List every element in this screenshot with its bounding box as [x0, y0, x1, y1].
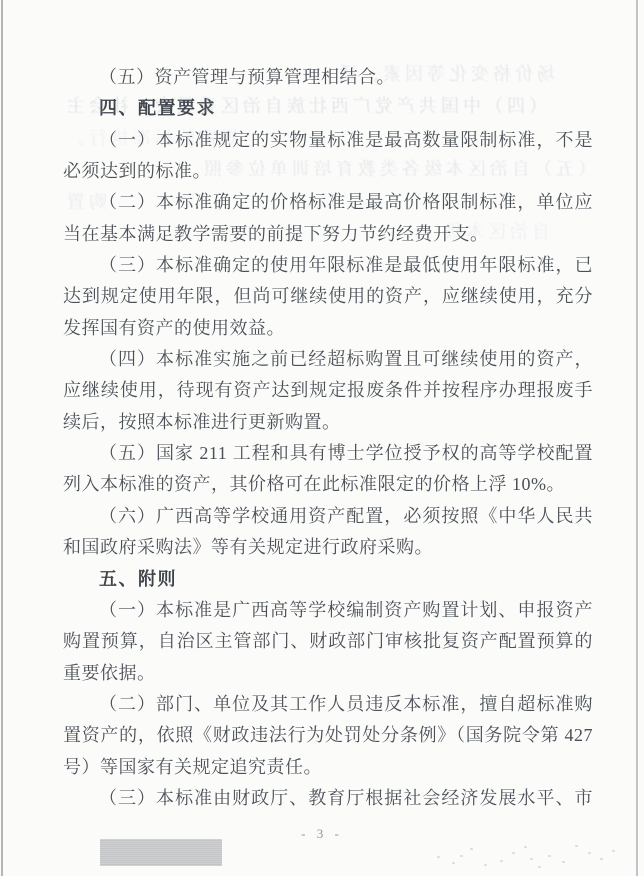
text-line: （四）本标准实施之前已经超标购置且可继续使用的资产， — [63, 344, 593, 375]
text-line: （六）广西高等学校通用资产配置，必须按照《中华人民共 — [63, 501, 593, 532]
scanned-document-page: { "page": { "number_label": "- 3 -", "co… — [0, 0, 644, 876]
text-line: 重要依据。 — [63, 658, 593, 689]
text-line: 达到规定使用年限，但尚可继续使用的资产，应继续使用，充分 — [63, 281, 593, 312]
text-line: 发挥国有资产的使用效益。 — [63, 313, 593, 344]
text-line: （二）本标准确定的价格标准是最高价格限制标准，单位应 — [63, 187, 593, 218]
speckle-dot — [524, 846, 527, 848]
text-line: （三）本标准确定的使用年限标准是最低使用年限标准，已 — [63, 250, 593, 281]
speckle-dot — [484, 864, 487, 866]
speckle-dot — [600, 858, 603, 860]
page-number: - 3 - — [0, 826, 644, 842]
text-line: 列入本标准的资产，其价格可在此标准限定的价格上浮 10%。 — [63, 469, 593, 500]
speckle-dot — [460, 855, 463, 857]
text-line: （三）本标准由财政厅、教育厅根据社会经济发展水平、市 — [63, 783, 593, 814]
speckle-dot — [538, 866, 541, 868]
speckle-dot — [575, 845, 578, 847]
section-heading: 五、附则 — [63, 564, 593, 595]
speckle-dot — [530, 858, 533, 860]
speckle-dot — [500, 860, 503, 862]
section-heading: 四、配置要求 — [63, 93, 593, 124]
text-line: 应继续使用，待现有资产达到规定报废条件并按程序办理报废手 — [63, 375, 593, 406]
speckle-dot — [512, 852, 515, 854]
speckle-dot — [470, 848, 473, 850]
scan-artifact-gray-bar — [100, 839, 222, 866]
speckle-dot — [588, 852, 591, 854]
text-line: 号）等国家有关规定追究责任。 — [63, 752, 593, 783]
text-line: 当在基本满足教学需要的前提下努力节约经费开支。 — [63, 219, 593, 250]
scan-edge-left — [1, 0, 3, 876]
speckle-dot — [452, 862, 455, 864]
text-line: （五）资产管理与预算管理相结合。 — [63, 62, 593, 93]
speckle-dot — [562, 861, 565, 863]
text-line: （一）本标准是广西高等学校编制资产购置计划、申报资产 — [63, 595, 593, 626]
text-line: 和国政府采购法》等有关规定进行政府采购。 — [63, 532, 593, 563]
text-line: 续后，按照本标准进行更新购置。 — [63, 407, 593, 438]
text-line: 必须达到的标准。 — [63, 156, 593, 187]
text-line: （五）国家 211 工程和具有博士学位授予权的高等学校配置 — [63, 438, 593, 469]
text-line: （一）本标准规定的实物量标准是最高数量限制标准，不是 — [63, 125, 593, 156]
text-line: （二）部门、单位及其工作人员违反本标准，擅自超标准购 — [63, 689, 593, 720]
speckle-dot — [548, 855, 551, 857]
scan-edge-right — [636, 0, 638, 876]
text-line: 置资产的，依照《财政违法行为处罚处分条例》（国务院令第 427 — [63, 720, 593, 751]
speckle-dot — [612, 850, 615, 852]
speckle-dot — [437, 856, 440, 858]
document-text-block: （五）资产管理与预算管理相结合。四、配置要求（一）本标准规定的实物量标准是最高数… — [63, 62, 593, 814]
text-line: 购置预算，自治区主管部门、财政部门审核批复资产配置预算的 — [63, 626, 593, 657]
